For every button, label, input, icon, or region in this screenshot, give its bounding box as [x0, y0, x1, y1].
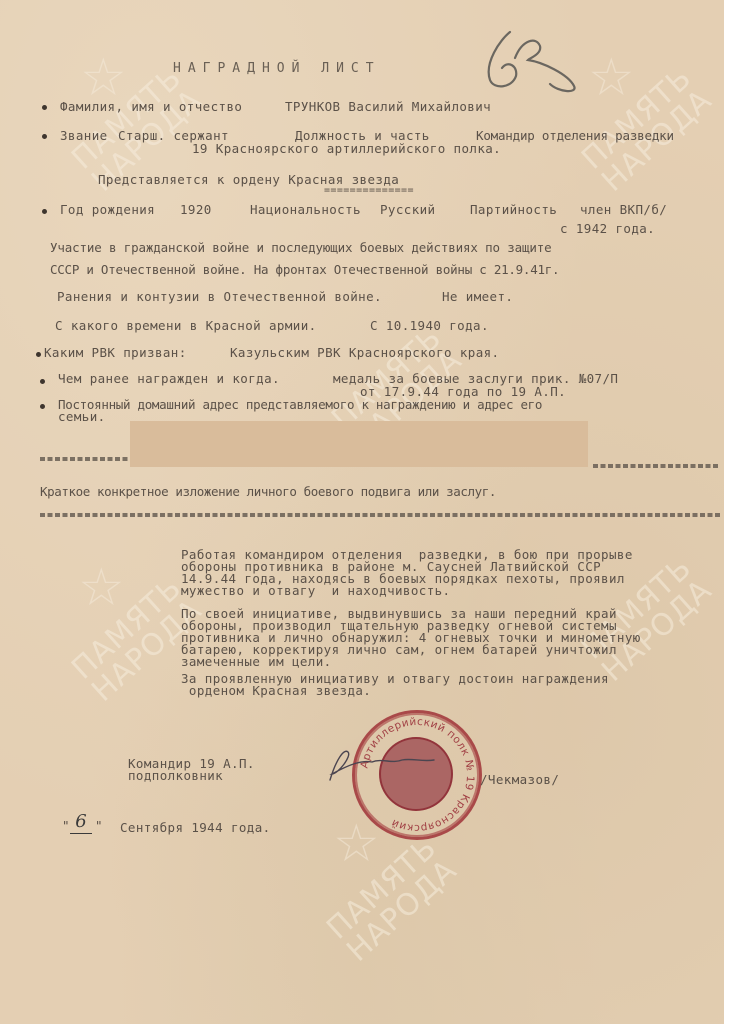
full-name-label: Фамилия, имя и отчество: [60, 100, 242, 113]
party-since: с 1942 года.: [560, 222, 655, 235]
redacted-address: [130, 421, 588, 467]
signatory-rank: подполковник: [128, 769, 223, 782]
scan-edge: [724, 0, 730, 1024]
item-bullet: [40, 379, 45, 384]
conscripted-value: Казульским РВК Красноярского края.: [230, 346, 499, 359]
watermark-star-icon: ☆: [78, 562, 125, 614]
birth-year-value: 1920: [180, 203, 212, 216]
prior-awards-label: Чем ранее награжден и когда.: [58, 372, 280, 385]
narrative-line: мужество и отвагу и находчивость.: [181, 584, 450, 597]
handwritten-number: [470, 18, 590, 98]
participation-line1: Участие в гражданской войне и последующи…: [50, 241, 552, 254]
birth-year-label: Год рождения: [60, 203, 155, 216]
full-name-value: ТРУНКОВ Василий Михайлович: [285, 100, 491, 113]
watermark-star-icon: ☆: [588, 52, 635, 104]
document-title: НАГРАДНОЙ ЛИСТ: [173, 62, 381, 75]
position-value-line1: Командир отделения разведки: [476, 129, 674, 142]
service-since-value: С 10.1940 года.: [370, 319, 489, 332]
award-sheet-page: ☆ ПАМЯТЬ НАРОДА ☆ ПАМЯТЬ НАРОДА ПАМЯТЬ Н…: [0, 0, 724, 1024]
divider-rule: [40, 513, 720, 517]
item-bullet: [42, 209, 47, 214]
narrative-line: орденом Красная звезда.: [181, 684, 371, 697]
date-day: 6: [70, 813, 92, 834]
address-label-line2: семьи.: [58, 410, 106, 423]
signature: [322, 730, 442, 790]
wounds-value: Не имеет.: [442, 290, 513, 303]
narrative-line: замеченные им цели.: [181, 655, 332, 668]
conscripted-label: Каким РВК призван:: [44, 346, 187, 359]
address-label-line1: Постоянный домашний адрес представляемог…: [58, 398, 542, 411]
presented-underline: ==============: [324, 184, 414, 197]
participation-line2: СССР и Отечественной войне. На фронтах О…: [50, 263, 559, 276]
rank-label: Звание: [60, 129, 108, 142]
item-bullet: [42, 134, 47, 139]
divider-rule: [593, 464, 720, 468]
nationality-value: Русский: [380, 203, 435, 216]
party-value: член ВКП/б/: [580, 203, 667, 216]
date-close-quote: ": [95, 819, 103, 832]
signatory-name: /Чекмазов/: [480, 773, 559, 786]
party-label: Партийность: [470, 203, 557, 216]
nationality-label: Национальность: [250, 203, 361, 216]
date-open-quote: ": [62, 819, 70, 832]
divider-rule: [40, 457, 128, 461]
item-bullet: [36, 352, 41, 357]
watermark-star-icon: ☆: [80, 52, 127, 104]
item-bullet: [42, 105, 47, 110]
item-bullet: [40, 404, 45, 409]
section-heading: Краткое конкретное изложение личного бое…: [40, 485, 496, 498]
service-since-label: С какого времени в Красной армии.: [55, 319, 317, 332]
position-value-line2: 19 Красноярского артиллерийского полка.: [192, 142, 501, 155]
date-rest: Сентября 1944 года.: [120, 821, 271, 834]
wounds-label: Ранения и контузии в Отечественной войне…: [57, 290, 382, 303]
